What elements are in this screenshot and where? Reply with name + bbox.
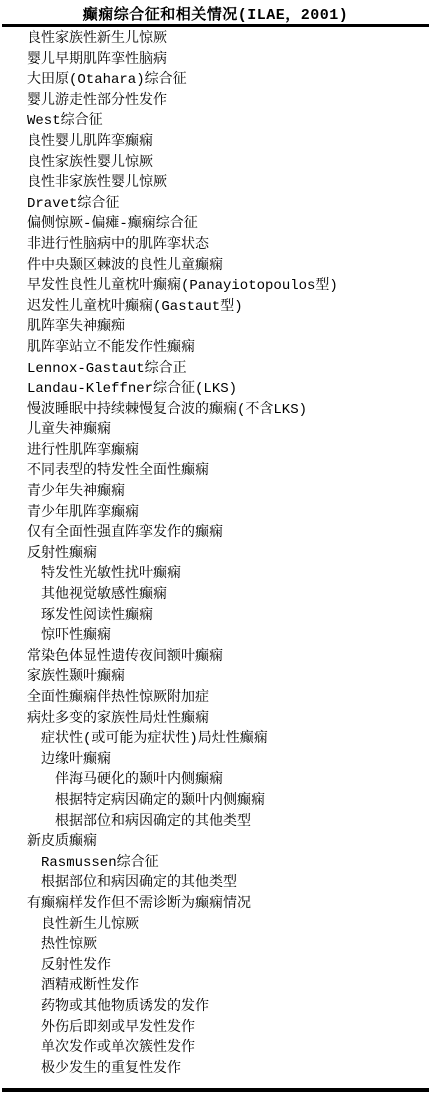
list-item: 症状性(或可能为症状性)局灶性癫痫 [0, 729, 431, 750]
list-item: 反射性发作 [0, 956, 431, 977]
list-item: 药物或其他物质诱发的发作 [0, 997, 431, 1018]
table-title: 癫痫综合征和相关情况(ILAE，2001) [0, 0, 431, 22]
list-item: 肌阵挛站立不能发作性癫痫 [0, 338, 431, 359]
list-item: 琢发性阅读性癫痫 [0, 606, 431, 627]
syndrome-table: 癫痫综合征和相关情况(ILAE，2001) 良性家族性新生儿惊厥婴儿早期肌阵挛性… [0, 0, 431, 1095]
list-item: 不同表型的特发性全面性癫痫 [0, 461, 431, 482]
list-item: 热性惊厥 [0, 935, 431, 956]
syndrome-list: 良性家族性新生儿惊厥婴儿早期肌阵挛性脑病大田原(Otahara)综合征婴儿游走性… [0, 27, 431, 1079]
list-item: 根据特定病因确定的颞叶内侧癫痫 [0, 791, 431, 812]
list-item: 件中央颞区棘波的良性儿童癫痫 [0, 256, 431, 277]
list-item: West综合征 [0, 111, 431, 132]
list-item: 青少年失神癫痫 [0, 482, 431, 503]
list-item: 迟发性儿童枕叶癫痫(Gastaut型) [0, 297, 431, 318]
list-item: 良性新生儿惊厥 [0, 915, 431, 936]
list-item: 其他视觉敏感性癫痫 [0, 585, 431, 606]
list-item: 新皮质癫痫 [0, 832, 431, 853]
list-item: 良性家族性新生儿惊厥 [0, 29, 431, 50]
list-item: 良性婴儿肌阵挛癫痫 [0, 132, 431, 153]
list-item: 偏侧惊厥-偏瘫-癫痫综合征 [0, 214, 431, 235]
list-item: 非进行性脑病中的肌阵挛状态 [0, 235, 431, 256]
list-item: 儿童失神癫痫 [0, 420, 431, 441]
list-item: 大田原(Otahara)综合征 [0, 70, 431, 91]
list-item: 早发性良性儿童枕叶癫痫(Panayiotopoulos型) [0, 276, 431, 297]
footer-rule [2, 1088, 429, 1092]
list-item: 反射性癫痫 [0, 544, 431, 565]
list-item: 常染色体显性遗传夜间额叶癫痫 [0, 647, 431, 668]
list-item: 边缘叶癫痫 [0, 750, 431, 771]
list-item: 婴儿早期肌阵挛性脑病 [0, 50, 431, 71]
list-item: 单次发作或单次簇性发作 [0, 1038, 431, 1059]
list-item: 极少发生的重复性发作 [0, 1059, 431, 1080]
list-item: 婴儿游走性部分性发作 [0, 91, 431, 112]
list-item: 病灶多变的家族性局灶性癫痫 [0, 709, 431, 730]
list-item: 有癫痫样发作但不需诊断为癫痫情况 [0, 894, 431, 915]
list-item: 惊吓性癫痫 [0, 626, 431, 647]
list-item: 酒精戒断性发作 [0, 976, 431, 997]
list-item: Dravet综合征 [0, 194, 431, 215]
list-item: 青少年肌阵挛癫痫 [0, 503, 431, 524]
list-item: 良性非家族性婴儿惊厥 [0, 173, 431, 194]
list-item: 进行性肌阵挛癫痫 [0, 441, 431, 462]
list-item: 根据部位和病因确定的其他类型 [0, 812, 431, 833]
list-item: Rasmussen综合征 [0, 853, 431, 874]
list-item: 特发性光敏性扰叶癫痫 [0, 564, 431, 585]
list-item: 外伤后即刻或早发性发作 [0, 1018, 431, 1039]
list-item: 伴海马硬化的颞叶内侧癫痫 [0, 770, 431, 791]
list-item: 肌阵挛失神癫痴 [0, 317, 431, 338]
list-item: 全面性癫痫伴热性惊厥附加症 [0, 688, 431, 709]
list-item: 良性家族性婴儿惊厥 [0, 153, 431, 174]
list-item: 根据部位和病因确定的其他类型 [0, 873, 431, 894]
list-item: 家族性颞叶癫痫 [0, 667, 431, 688]
list-item: Lennox-Gastaut综合正 [0, 359, 431, 380]
list-item: 仅有全面性强直阵挛发作的癫痫 [0, 523, 431, 544]
list-item: 慢波睡眠中持续棘慢复合波的癫痫(不含LKS) [0, 400, 431, 421]
list-item: Landau-Kleffner综合征(LKS) [0, 379, 431, 400]
